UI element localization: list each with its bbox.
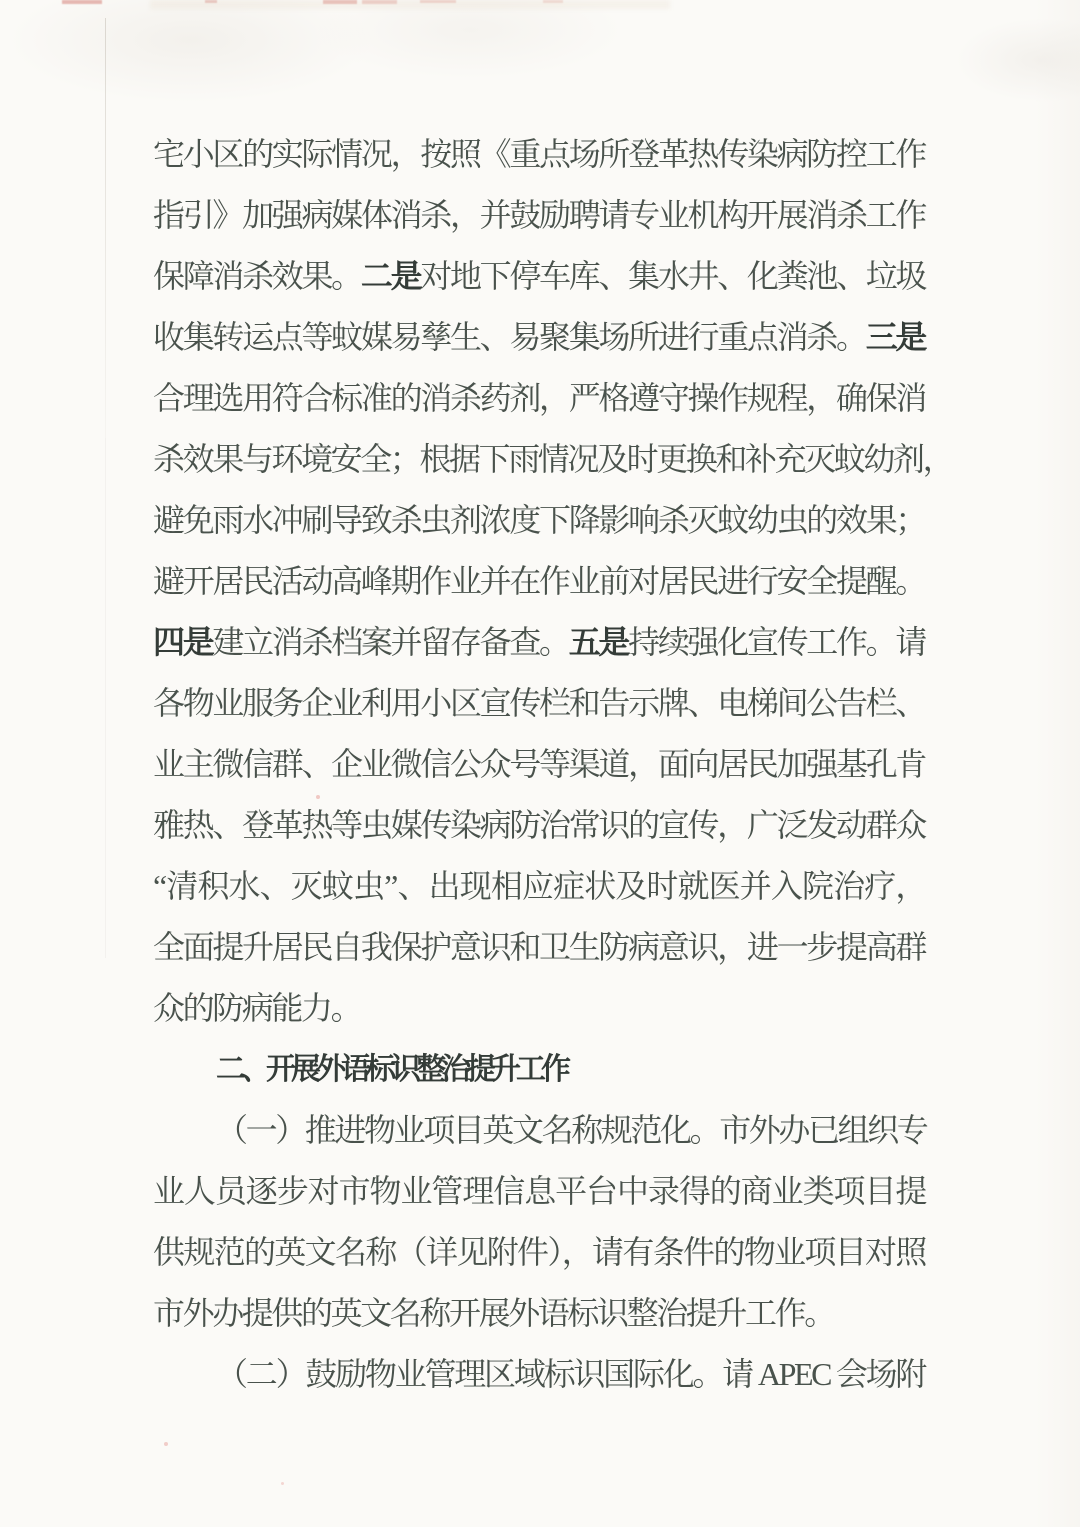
bold-text-run: 二是 [361, 258, 420, 294]
text-run: 保障消杀效果。 [153, 258, 361, 294]
text-line: 各物业服务企业利用小区宣传栏和告示牌、电梯间公告栏、 [153, 673, 925, 734]
scan-artifact-top-smudge [150, 0, 670, 9]
text-line: 避免雨水冲刷导致杀虫剂浓度下降影响杀灭蚊幼虫的效果； [153, 490, 925, 551]
scan-artifact-top-dash [205, 0, 217, 3]
text-run: 宅小区的实际情况，按照《重点场所登革热传染病防控工作 [153, 136, 925, 172]
text-run: 业主微信群、企业微信公众号等渠道，面向居民加强基孔肯 [153, 746, 925, 782]
text-run: “清积水、灭蚊虫”、出现相应症状及时就医并入院治疗， [153, 868, 925, 904]
text-line: 四是建立消杀档案并留存备查。五是持续强化宣传工作。请 [153, 612, 925, 673]
text-line: 市外办提供的英文名称开展外语标识整治提升工作。 [153, 1283, 925, 1344]
text-line: “清积水、灭蚊虫”、出现相应症状及时就医并入院治疗， [153, 856, 925, 917]
scan-artifact-top-dash [543, 0, 563, 3]
text-run: 杀效果与环境安全；根据下雨情况及时更换和补充灭蚊幼剂， [153, 441, 952, 477]
scan-artifact-fold-line [105, 438, 106, 958]
text-line: 全面提升居民自我保护意识和卫生防病意识，进一步提高群 [153, 917, 925, 978]
bold-text-run: 四是 [153, 624, 212, 660]
text-line: 业人员逐步对市物业管理信息平台中录得的商业类项目提 [153, 1161, 925, 1222]
text-run: 市外办提供的英文名称开展外语标识整治提升工作。 [153, 1295, 834, 1331]
text-line: 指引》加强病媒体消杀，并鼓励聘请专业机构开展消杀工作 [153, 185, 925, 246]
text-run: 全面提升居民自我保护意识和卫生防病意识，进一步提高群 [153, 929, 925, 965]
section-heading: 二、开展外语标识整治提升工作 [153, 1039, 925, 1100]
text-line: 宅小区的实际情况，按照《重点场所登革热传染病防控工作 [153, 124, 925, 185]
text-run: （一）推进物业项目英文名称规范化。市外办已组织专 [216, 1112, 926, 1148]
text-line: 杀效果与环境安全；根据下雨情况及时更换和补充灭蚊幼剂， [153, 429, 925, 490]
text-line: 合理选用符合标准的消杀药剂，严格遵守操作规程，确保消 [153, 368, 925, 429]
text-run: 对地下停车库、集水井、化粪池、垃圾 [420, 258, 925, 294]
text-run: 指引》加强病媒体消杀，并鼓励聘请专业机构开展消杀工作 [153, 197, 925, 233]
scan-artifact-top-dash [62, 0, 102, 4]
text-line: 供规范的英文名称（详见附件），请有条件的物业项目对照 [153, 1222, 925, 1283]
text-line: 雅热、登革热等虫媒传染病防治常识的宣传，广泛发动群众 [153, 795, 925, 856]
text-run: （二）鼓励物业管理区域标识国际化。请 APEC 会场附 [216, 1356, 925, 1392]
text-run: 众的防病能力。 [153, 990, 360, 1026]
bold-text-run: 三是 [866, 319, 925, 355]
text-line: （二）鼓励物业管理区域标识国际化。请 APEC 会场附 [153, 1344, 925, 1405]
text-run: 收集转运点等蚊媒易孳生、易聚集场所进行重点消杀。 [153, 319, 866, 355]
bold-text-run: 五是 [569, 624, 628, 660]
document-body: 宅小区的实际情况，按照《重点场所登革热传染病防控工作指引》加强病媒体消杀，并鼓励… [153, 124, 925, 1405]
scan-artifact-top-dash [420, 0, 456, 3]
document-page: 宅小区的实际情况，按照《重点场所登革热传染病防控工作指引》加强病媒体消杀，并鼓励… [0, 0, 1080, 1527]
text-line: 众的防病能力。 [153, 978, 925, 1039]
bold-text-run: 二、开展外语标识整治提升工作 [216, 1053, 566, 1086]
text-run: 各物业服务企业利用小区宣传栏和告示牌、电梯间公告栏、 [153, 685, 925, 721]
text-line: 避开居民活动高峰期作业并在作业前对居民进行安全提醒。 [153, 551, 925, 612]
text-run: 业人员逐步对市物业管理信息平台中录得的商业类项目提 [153, 1173, 925, 1209]
text-run: 供规范的英文名称（详见附件），请有条件的物业项目对照 [153, 1234, 925, 1270]
text-run: 避免雨水冲刷导致杀虫剂浓度下降影响杀灭蚊幼虫的效果； [153, 502, 925, 538]
scan-artifact-top-dash [362, 0, 397, 4]
text-line: 业主微信群、企业微信公众号等渠道，面向居民加强基孔肯 [153, 734, 925, 795]
scan-artifact-speck [164, 1442, 168, 1446]
scan-artifact-fold-line [105, 18, 106, 438]
scan-artifact-top-dash [323, 0, 357, 4]
text-line: 保障消杀效果。二是对地下停车库、集水井、化粪池、垃圾 [153, 246, 925, 307]
text-run: 建立消杀档案并留存备查。 [212, 624, 568, 660]
scan-artifact-speck [281, 1482, 284, 1485]
text-run: 避开居民活动高峰期作业并在作业前对居民进行安全提醒。 [153, 563, 925, 599]
text-line: （一）推进物业项目英文名称规范化。市外办已组织专 [153, 1100, 925, 1161]
text-run: 雅热、登革热等虫媒传染病防治常识的宣传，广泛发动群众 [153, 807, 925, 843]
text-line: 收集转运点等蚊媒易孳生、易聚集场所进行重点消杀。三是 [153, 307, 925, 368]
text-run: 持续强化宣传工作。请 [628, 624, 925, 660]
text-run: 合理选用符合标准的消杀药剂，严格遵守操作规程，确保消 [153, 380, 925, 416]
